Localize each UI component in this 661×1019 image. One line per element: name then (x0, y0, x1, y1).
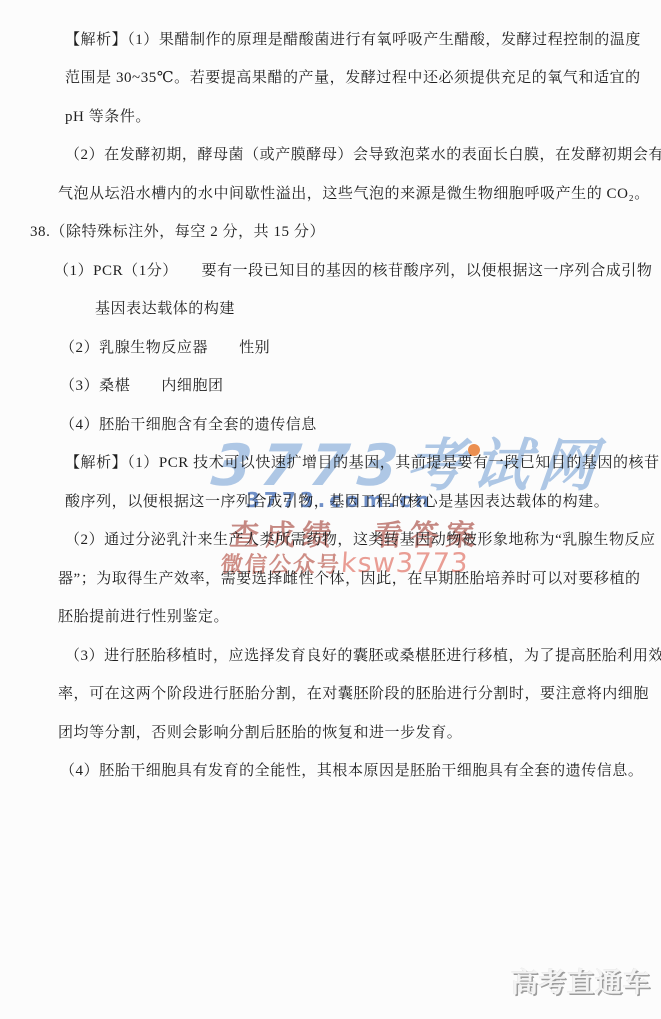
text-line: 团均等分割，否则会影响分割后胚胎的恢复和进一步发育。 (0, 712, 661, 751)
text-line: 酸序列，以便根据这一序列合成引物，基因工程的核心是基因表达载体的构建。 (0, 481, 661, 520)
text-line: 【解析】（1）PCR 技术可以快速扩增目的基因，其前提是要有一段已知目的基因的核… (0, 443, 661, 482)
text-line: 胚胎提前进行性别鉴定。 (0, 597, 661, 636)
answer-line: 基因表达载体的构建 (0, 289, 661, 328)
document-page: 3773考试网 3773.com.cn 查成绩 看答案 微信公众号ksw3773… (0, 0, 661, 1019)
answer-line: （1）PCR（1分） 要有一段已知目的基因的核苷酸序列，以便根据这一序列合成引物 (0, 250, 661, 289)
question-number-line: 38.（除特殊标注外，每空 2 分，共 15 分） (0, 212, 661, 251)
answer-line: （4）胚胎干细胞含有全套的遗传信息 (0, 404, 661, 443)
answer-line: （3）桑椹 内细胞团 (0, 366, 661, 405)
text-line: 【解析】（1）果醋制作的原理是醋酸菌进行有氧呼吸产生醋酸，发酵过程控制的温度 (0, 19, 661, 58)
answer-line: （2）乳腺生物反应器 性别 (0, 327, 661, 366)
text-line: 率，可在这两个阶段进行胚胎分割，在对囊胚阶段的胚胎进行分割时，要注意将内细胞 (0, 674, 661, 713)
text-line: 气泡从坛沿水槽内的水中间歇性溢出，这些气泡的来源是微生物细胞呼吸产生的 CO₂。 (0, 173, 661, 212)
footer-brand: 高考直通车 (511, 961, 651, 1000)
text-line: （3）进行胚胎移植时，应选择发育良好的囊胚或桑椹胚进行移植，为了提高胚胎利用效 (0, 635, 661, 674)
text-line: pH 等条件。 (0, 96, 661, 135)
text-line: （2）通过分泌乳汁来生产人类所需药物，这类转基因动物被形象地称为“乳腺生物反应 (0, 520, 661, 559)
document-body: 【解析】（1）果醋制作的原理是醋酸菌进行有氧呼吸产生醋酸，发酵过程控制的温度 范… (0, 19, 661, 789)
text-line: （2）在发酵初期，酵母菌（或产膜酵母）会导致泡菜水的表面长白膜，在发酵初期会有 (0, 135, 661, 174)
text-line: （4）胚胎干细胞具有发育的全能性，其根本原因是胚胎干细胞具有全套的遗传信息。 (0, 751, 661, 790)
text-line: 范围是 30~35℃。若要提高果醋的产量，发酵过程中还必须提供充足的氧气和适宜的 (0, 58, 661, 97)
text-line: 器”；为取得生产效率，需要选择雌性个体，因此，在早期胚胎培养时可以对要移植的 (0, 558, 661, 597)
